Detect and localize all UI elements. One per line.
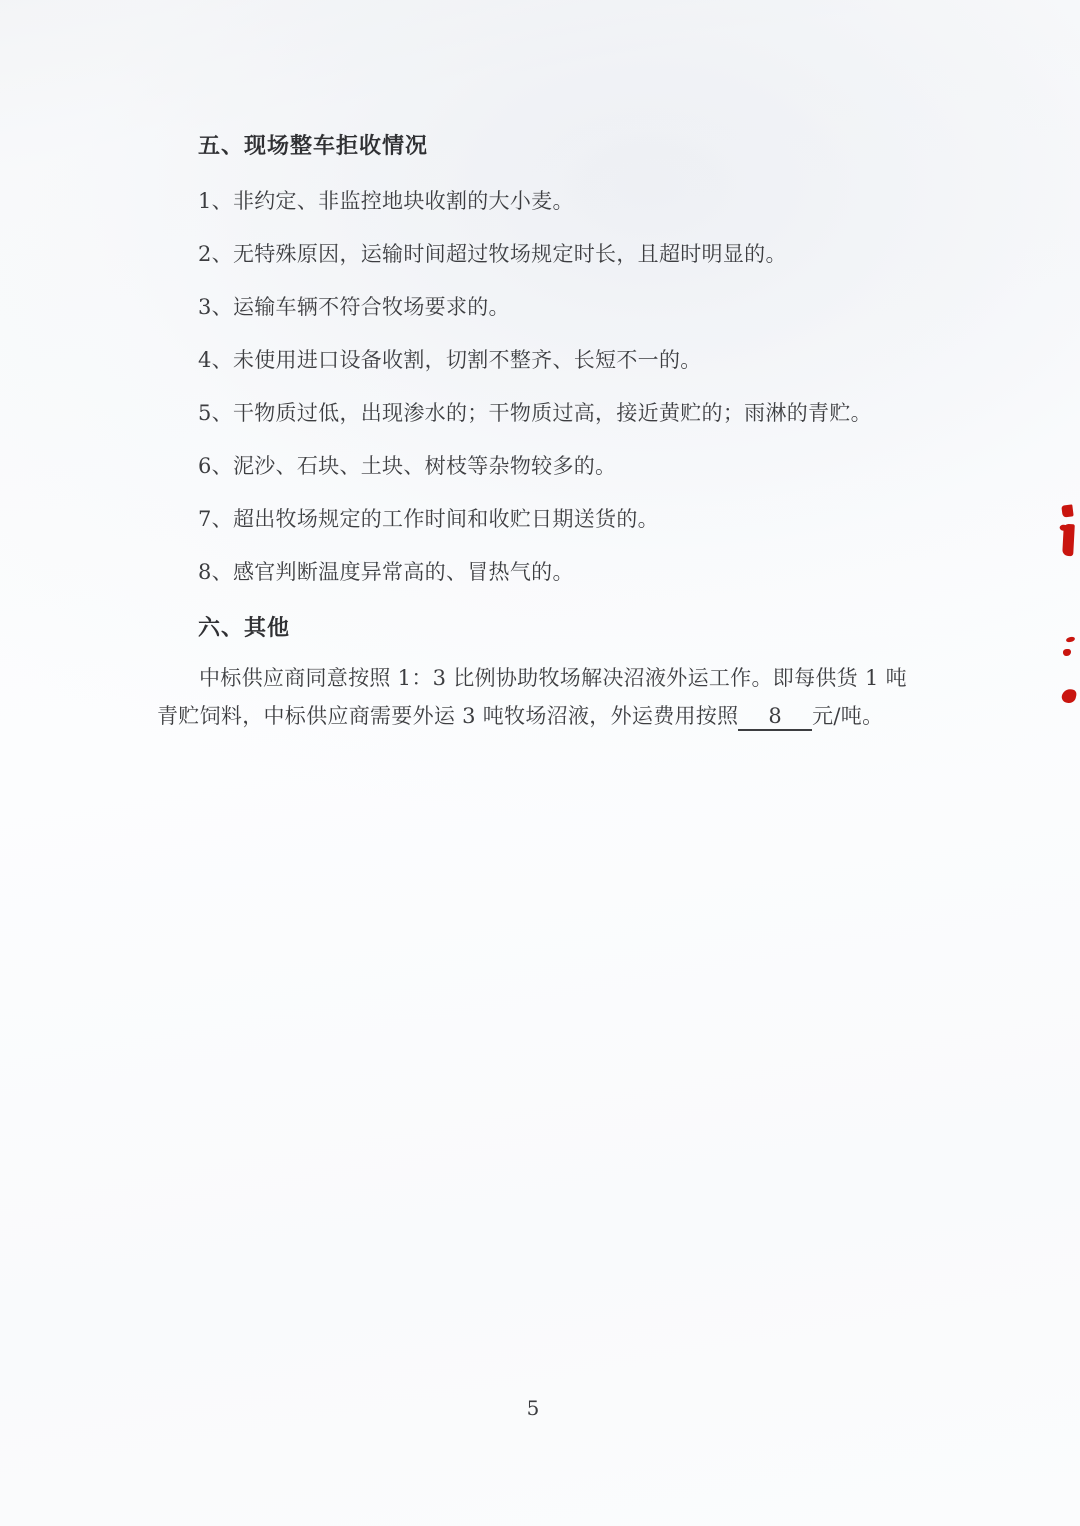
paragraph-text: 元/吨。 <box>812 704 883 728</box>
list-item: 3、运输车辆不符合牧场要求的。 <box>198 292 872 322</box>
section-heading-6: 六、其他 <box>198 613 290 643</box>
list-item: 8、感官判断温度异常高的、冒热气的。 <box>198 557 872 587</box>
list-item: 7、超出牧场规定的工作时间和收贮日期送货的。 <box>198 504 872 534</box>
section-heading-5: 五、现场整车拒收情况 <box>198 131 428 161</box>
list-item: 6、泥沙、石块、土块、树枝等杂物较多的。 <box>198 451 872 481</box>
list-item: 5、干物质过低，出现渗水的；干物质过高，接近黄贮的；雨淋的青贮。 <box>198 398 872 428</box>
paragraph-line: 中标供应商同意按照 1：3 比例协助牧场解决沼液外运工作。即每供货 1 吨 <box>157 663 907 693</box>
red-stamp-fragment-icon <box>1062 524 1075 557</box>
paragraph-text: 青贮饲料，中标供应商需要外运 3 吨牧场沼液，外运费用按照 <box>157 704 738 728</box>
paragraph-line: 青贮饲料，中标供应商需要外运 3 吨牧场沼液，外运费用按照8元/吨。 <box>157 701 883 731</box>
red-stamp-fragment-icon <box>1061 504 1073 517</box>
page-number: 5 <box>0 1396 1073 1420</box>
fill-in-blank-value: 8 <box>738 703 812 731</box>
list-item: 4、未使用进口设备收割，切割不整齐、长短不一的。 <box>198 345 872 375</box>
paragraph-text: 中标供应商同意按照 1：3 比例协助牧场解决沼液外运工作。即每供货 1 吨 <box>199 666 907 690</box>
list-item: 1、非约定、非监控地块收割的大小麦。 <box>198 186 872 216</box>
list-item: 2、无特殊原因，运输时间超过牧场规定时长，且超时明显的。 <box>198 239 872 269</box>
rejection-items-list: 1、非约定、非监控地块收割的大小麦。 2、无特殊原因，运输时间超过牧场规定时长，… <box>198 186 872 587</box>
